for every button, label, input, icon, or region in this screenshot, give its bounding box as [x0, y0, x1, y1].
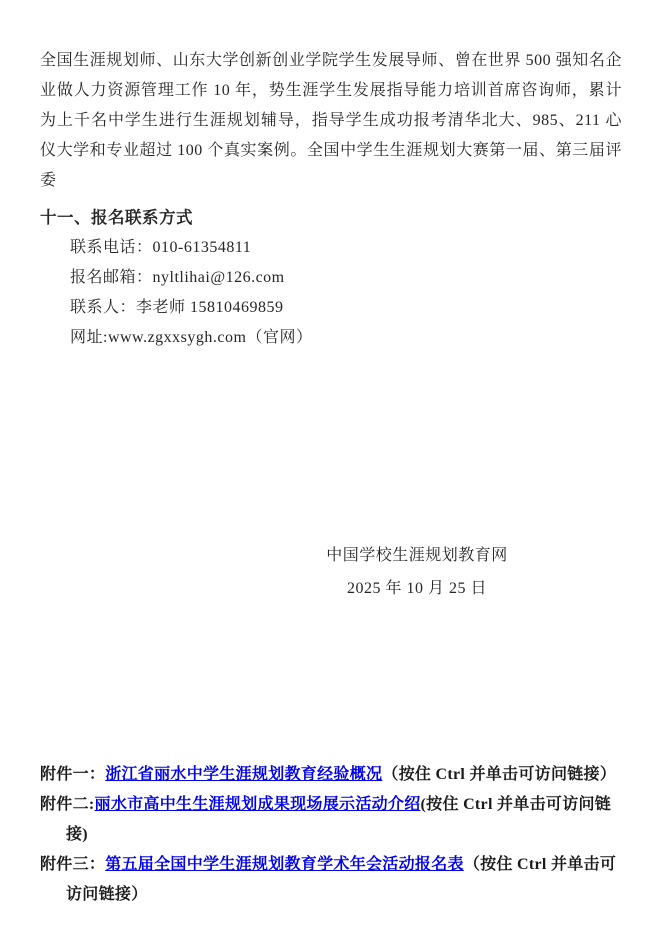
contact-phone: 联系电话：010-61354811: [70, 233, 622, 263]
contact-person: 联系人：李老师 15810469859: [70, 293, 622, 323]
attachment-list: 附件一：浙江省丽水中学生涯规划教育经验概况（按住 Ctrl 并单击可访问链接） …: [40, 760, 622, 910]
attachment-line-1: 附件一：浙江省丽水中学生涯规划教育经验概况（按住 Ctrl 并单击可访问链接）: [40, 760, 622, 790]
attachment-2-label: 附件二:: [40, 796, 95, 813]
signature-date: 2025 年 10 月 25 日: [312, 574, 522, 604]
document-page: 全国生涯规划师、山东大学创新创业学院学生发展导师、曾在世界 500 强知名企业做…: [0, 0, 662, 936]
attachment-line-3: 附件三：第五届全国中学生涯规划教育学术年会活动报名表（按住 Ctrl 并单击可访…: [40, 850, 622, 910]
attachment-1-hint: （按住 Ctrl 并单击可访问链接）: [382, 766, 616, 783]
signature-block: 中国学校生涯规划教育网 2025 年 10 月 25 日: [312, 541, 522, 604]
attachment-1-link[interactable]: 浙江省丽水中学生涯规划教育经验概况: [105, 766, 382, 783]
contact-list: 联系电话：010-61354811 报名邮箱：nyltlihai@126.com…: [70, 233, 622, 353]
attachment-2-link[interactable]: 丽水市高中生生涯规划成果现场展示活动介绍: [95, 796, 421, 813]
attachment-line-2: 附件二:丽水市高中生生涯规划成果现场展示活动介绍(按住 Ctrl 并单击可访问链…: [40, 790, 622, 850]
signature-organization: 中国学校生涯规划教育网: [312, 541, 522, 571]
attachment-3-link[interactable]: 第五届全国中学生涯规划教育学术年会活动报名表: [105, 856, 464, 873]
attachment-3-label: 附件三：: [40, 856, 105, 873]
contact-email: 报名邮箱：nyltlihai@126.com: [70, 263, 622, 293]
attachment-1-label: 附件一：: [40, 766, 105, 783]
contact-website: 网址:www.zgxxsygh.com（官网）: [70, 323, 622, 353]
section-heading-contact-info: 十一、报名联系方式: [40, 203, 622, 233]
bio-paragraph: 全国生涯规划师、山东大学创新创业学院学生发展导师、曾在世界 500 强知名企业做…: [40, 46, 622, 196]
